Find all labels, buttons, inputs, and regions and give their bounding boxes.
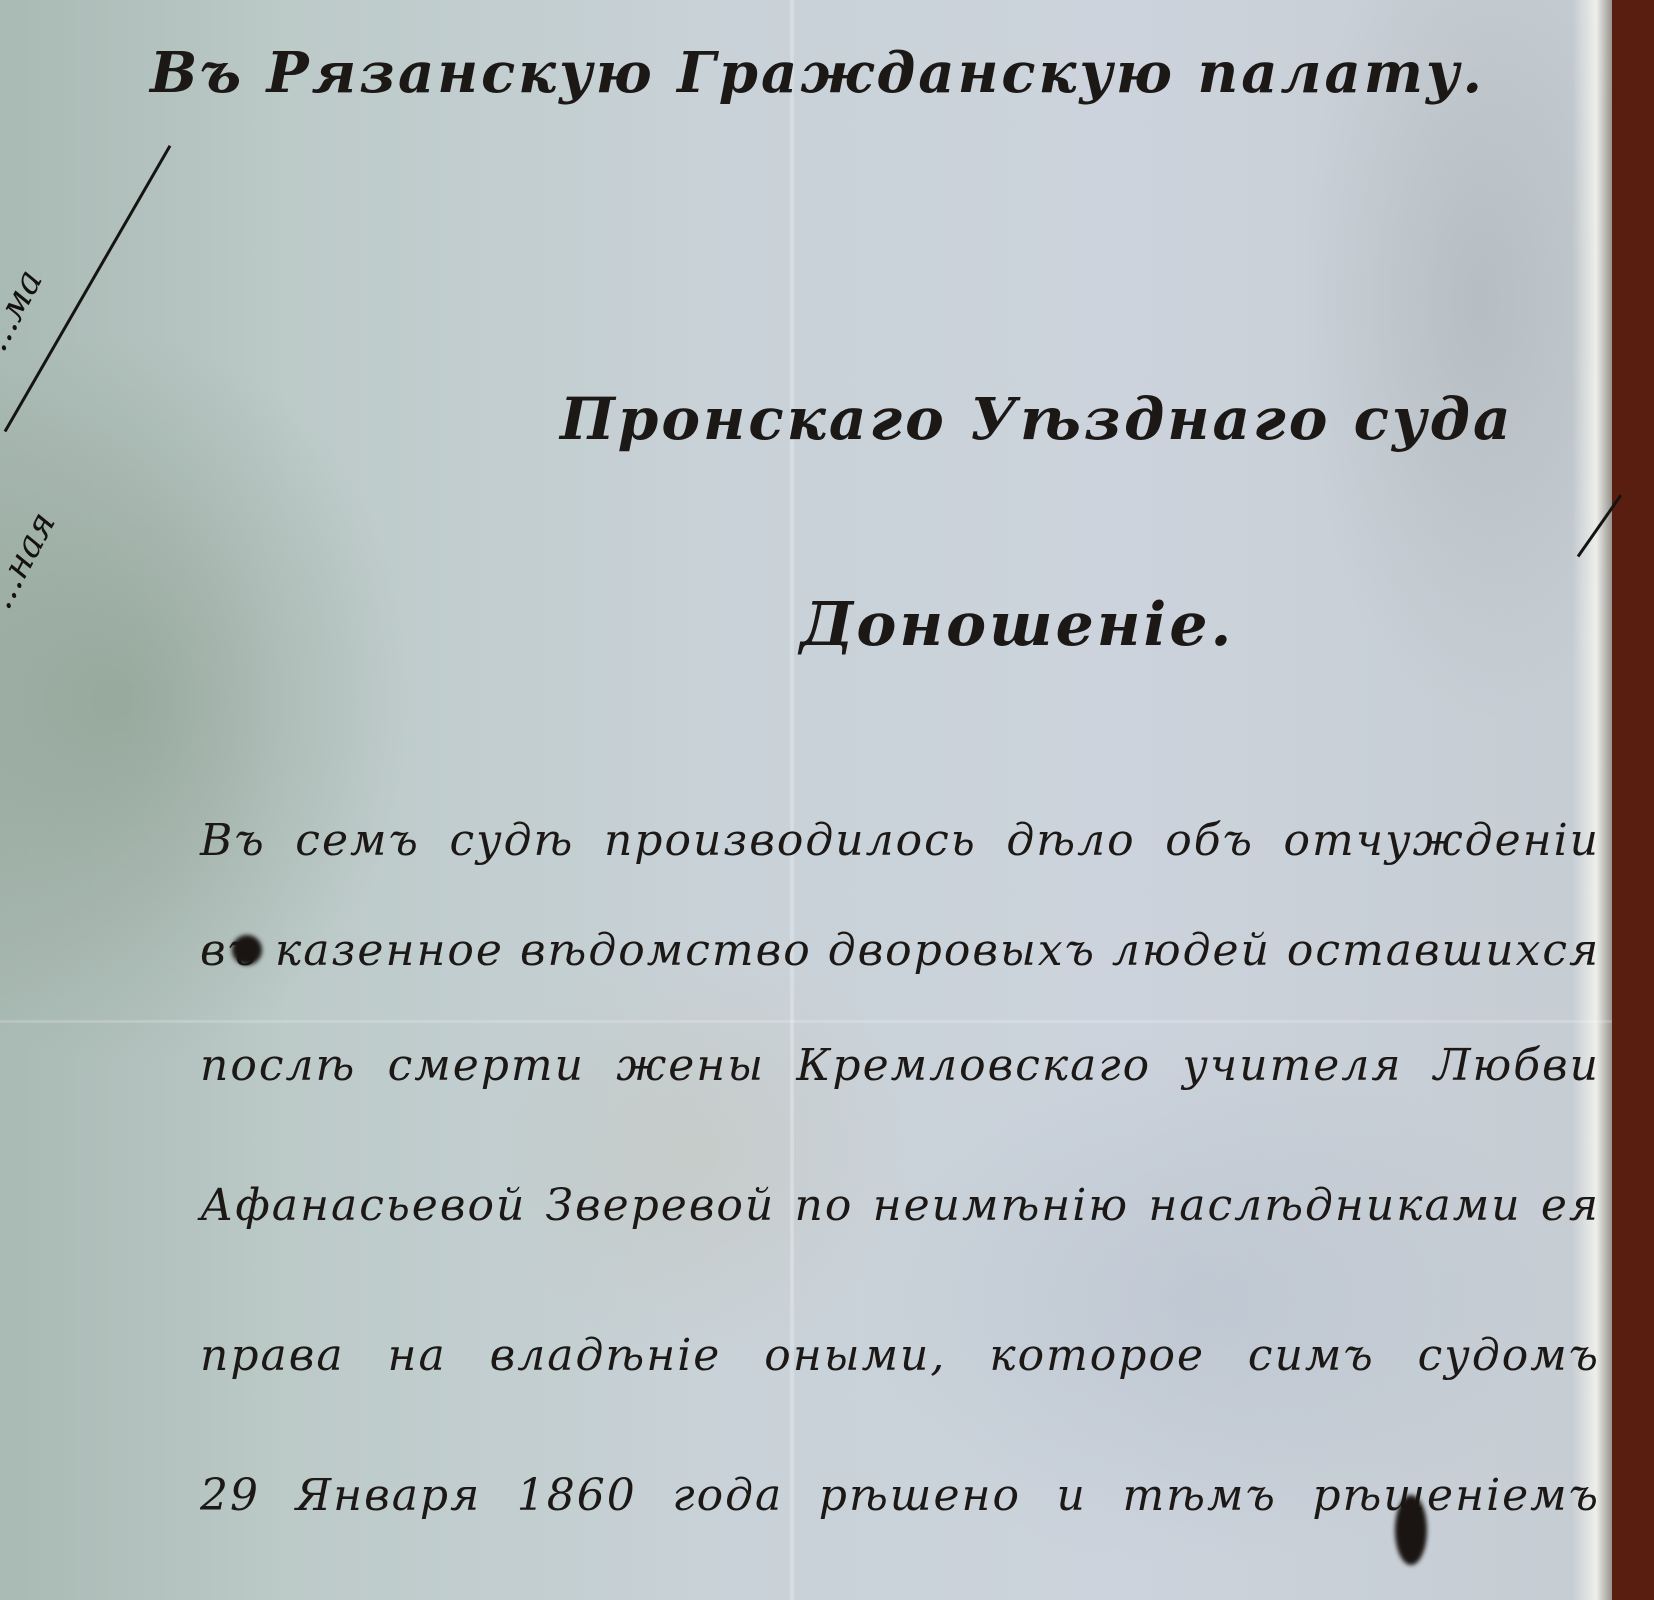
scanned-document-page: ...ма ...ная Въ Рязанскую Гражданскую па…	[0, 0, 1612, 1600]
body-line-3: послѣ смерти жены Кремловскаго учителя Л…	[200, 1040, 1600, 1091]
body-line-6: 29 Января 1860 года рѣшено и тѣмъ рѣшені…	[200, 1470, 1600, 1521]
body-line-2: въ казенное вѣдомство дворовыхъ людей ос…	[200, 925, 1600, 976]
document-type-heading: Доношеніе.	[800, 590, 1234, 660]
body-line-4: Афанасьевой Зверевой по неимѣнію наслѣдн…	[200, 1180, 1600, 1231]
addressee-line: Въ Рязанскую Гражданскую палату.	[150, 40, 1485, 106]
body-line-1: Въ семъ судѣ производилось дѣло объ отчу…	[200, 815, 1600, 866]
sender-court-line: Пронскаго Уѣзднаго суда	[560, 385, 1514, 453]
margin-note-top: ...ма	[0, 263, 51, 358]
ink-blot	[1395, 1495, 1427, 1565]
body-line-5: права на владѣніе оными, которое симъ су…	[200, 1330, 1600, 1381]
ink-blot	[232, 935, 262, 965]
margin-note-bottom: ...ная	[0, 505, 64, 615]
